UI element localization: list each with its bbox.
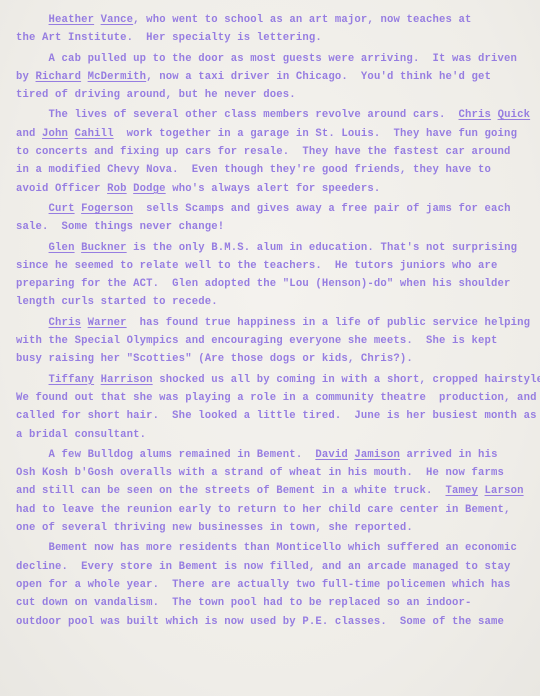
text-segment: shocked us all by coming in with a short…: [153, 374, 540, 386]
paragraph: Glen Buckner is the only B.M.S. alum in …: [16, 239, 536, 312]
text-line: preparing for the ACT. Glen adopted the …: [16, 275, 536, 293]
text-line: with the Special Olympics and encouragin…: [16, 332, 536, 350]
text-segment: decline. Every store in Bement is now fi…: [16, 561, 511, 573]
text-segment: sells Scamps and gives away a free pair …: [133, 203, 510, 215]
text-line: decline. Every store in Bement is now fi…: [16, 558, 536, 576]
underlined-name: Warner: [88, 317, 127, 329]
text-line: Osh Kosh b'Gosh overalls with a strand o…: [16, 464, 536, 482]
underlined-name: Curt: [49, 203, 75, 215]
text-line: length curls started to recede.: [16, 293, 536, 311]
typewritten-text-body: Heather Vance, who went to school as an …: [16, 11, 536, 631]
text-line: the Art Institute. Her specialty is lett…: [16, 29, 536, 47]
underlined-name: Chris: [459, 109, 492, 121]
text-line: A cab pulled up to the door as most gues…: [16, 50, 536, 68]
underlined-name: David: [315, 449, 348, 461]
text-line: one of several thriving new businesses i…: [16, 519, 536, 537]
text-line: Bement now has more residents than Monti…: [16, 539, 536, 557]
underlined-name: Rob: [107, 183, 127, 195]
text-line: A few Bulldog alums remained in Bement. …: [16, 446, 536, 464]
underlined-name: Cahill: [75, 128, 114, 140]
text-segment: [16, 203, 49, 215]
text-segment: to concerts and fixing up cars for resal…: [16, 146, 511, 158]
text-segment: work together in a garage in St. Louis. …: [114, 128, 517, 140]
text-segment: has found true happiness in a life of pu…: [127, 317, 530, 329]
text-segment: cut down on vandalism. The town pool had…: [16, 597, 472, 609]
text-segment: the Art Institute. Her specialty is lett…: [16, 32, 322, 44]
underlined-name: McDermith: [88, 71, 147, 83]
text-segment: in a modified Chevy Nova. Even though th…: [16, 164, 491, 176]
text-line: Tiffany Harrison shocked us all by comin…: [16, 371, 536, 389]
text-line: Curt Fogerson sells Scamps and gives awa…: [16, 200, 536, 218]
underlined-name: Dodge: [133, 183, 166, 195]
text-segment: Osh Kosh b'Gosh overalls with a strand o…: [16, 467, 504, 479]
text-segment: length curls started to recede.: [16, 296, 218, 308]
paragraph: Curt Fogerson sells Scamps and gives awa…: [16, 200, 536, 237]
text-segment: A few Bulldog alums remained in Bement.: [16, 449, 315, 461]
text-segment: [16, 14, 49, 26]
text-segment: had to leave the reunion early to return…: [16, 504, 511, 516]
underlined-name: Quick: [498, 109, 531, 121]
text-line: cut down on vandalism. The town pool had…: [16, 594, 536, 612]
text-segment: is the only B.M.S. alum in education. Th…: [127, 242, 517, 254]
text-line: outdoor pool was built which is now used…: [16, 613, 536, 631]
underlined-name: Richard: [36, 71, 82, 83]
text-segment: and still can be seen on the streets of …: [16, 485, 445, 497]
text-line: busy raising her "Scotties" (Are those d…: [16, 350, 536, 368]
text-line: a bridal consultant.: [16, 426, 536, 444]
text-segment: one of several thriving new businesses i…: [16, 522, 413, 534]
text-line: by Richard McDermith, now a taxi driver …: [16, 68, 536, 86]
paragraph: A few Bulldog alums remained in Bement. …: [16, 446, 536, 537]
text-segment: preparing for the ACT. Glen adopted the …: [16, 278, 511, 290]
underlined-name: Fogerson: [81, 203, 133, 215]
text-line: to concerts and fixing up cars for resal…: [16, 143, 536, 161]
text-segment: and: [16, 128, 42, 140]
text-line: The lives of several other class members…: [16, 106, 536, 124]
text-segment: with the Special Olympics and encouragin…: [16, 335, 498, 347]
underlined-name: Harrison: [101, 374, 153, 386]
paragraph: A cab pulled up to the door as most gues…: [16, 50, 536, 105]
text-segment: open for a whole year. There are actuall…: [16, 579, 511, 591]
underlined-name: Tiffany: [49, 374, 95, 386]
underlined-name: Larson: [485, 485, 524, 497]
text-segment: by: [16, 71, 36, 83]
text-line: Glen Buckner is the only B.M.S. alum in …: [16, 239, 536, 257]
underlined-name: Vance: [101, 14, 134, 26]
text-line: open for a whole year. There are actuall…: [16, 576, 536, 594]
underlined-name: Glen: [49, 242, 75, 254]
text-line: sale. Some things never change!: [16, 218, 536, 236]
text-line: tired of driving around, but he never do…: [16, 86, 536, 104]
text-segment: Bement now has more residents than Monti…: [16, 542, 517, 554]
text-segment: [16, 374, 49, 386]
text-segment: A cab pulled up to the door as most gues…: [16, 53, 517, 65]
paragraph: Bement now has more residents than Monti…: [16, 539, 536, 630]
text-segment: [16, 317, 49, 329]
text-segment: a bridal consultant.: [16, 429, 146, 441]
underlined-name: Heather: [49, 14, 95, 26]
underlined-name: John: [42, 128, 68, 140]
paragraph: Heather Vance, who went to school as an …: [16, 11, 536, 48]
text-segment: We found out that she was playing a role…: [16, 392, 540, 404]
text-segment: sale. Some things never change!: [16, 221, 224, 233]
text-segment: , now a taxi driver in Chicago. You'd th…: [146, 71, 491, 83]
paragraph: Chris Warner has found true happiness in…: [16, 314, 536, 369]
text-line: Heather Vance, who went to school as an …: [16, 11, 536, 29]
text-segment: busy raising her "Scotties" (Are those d…: [16, 353, 413, 365]
text-segment: avoid Officer: [16, 183, 107, 195]
underlined-name: Tamey: [445, 485, 478, 497]
text-line: called for short hair. She looked a litt…: [16, 407, 536, 425]
paragraph: Tiffany Harrison shocked us all by comin…: [16, 371, 536, 444]
text-segment: tired of driving around, but he never do…: [16, 89, 296, 101]
underlined-name: Chris: [49, 317, 82, 329]
paragraph: The lives of several other class members…: [16, 106, 536, 197]
text-line: avoid Officer Rob Dodge who's always ale…: [16, 180, 536, 198]
text-segment: [16, 242, 49, 254]
text-segment: The lives of several other class members…: [16, 109, 459, 121]
underlined-name: Jamison: [354, 449, 400, 461]
text-line: Chris Warner has found true happiness in…: [16, 314, 536, 332]
text-segment: arrived in his: [400, 449, 498, 461]
text-line: and John Cahill work together in a garag…: [16, 125, 536, 143]
document-page: Heather Vance, who went to school as an …: [0, 0, 540, 696]
text-segment: since he seemed to relate well to the te…: [16, 260, 498, 272]
text-line: had to leave the reunion early to return…: [16, 501, 536, 519]
text-line: in a modified Chevy Nova. Even though th…: [16, 161, 536, 179]
text-segment: who's always alert for speeders.: [166, 183, 381, 195]
underlined-name: Buckner: [81, 242, 127, 254]
text-segment: outdoor pool was built which is now used…: [16, 616, 504, 628]
text-line: since he seemed to relate well to the te…: [16, 257, 536, 275]
text-segment: called for short hair. She looked a litt…: [16, 410, 537, 422]
text-segment: , who went to school as an art major, no…: [133, 14, 471, 26]
text-line: We found out that she was playing a role…: [16, 389, 536, 407]
text-line: and still can be seen on the streets of …: [16, 482, 536, 500]
